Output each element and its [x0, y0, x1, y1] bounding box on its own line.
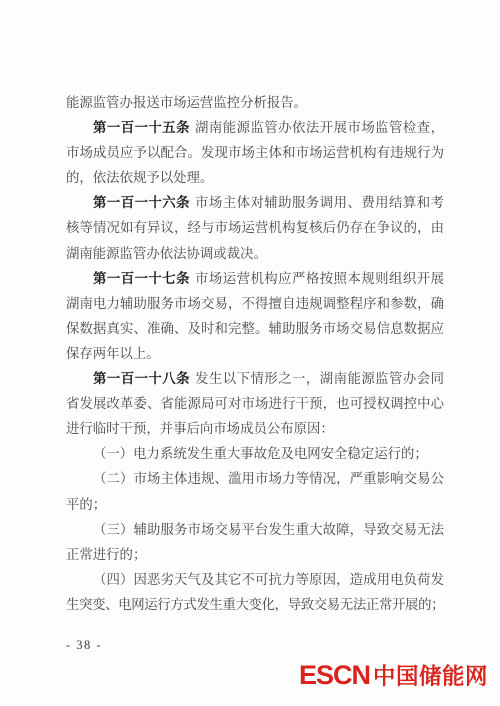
text-line: 第一百一十八条发生以下情形之一，湖南能源监管办会同 [66, 366, 444, 391]
line-text: 进行临时干预，并事后向市场成员公布原因： [66, 421, 334, 436]
line-text: 能源监管办报送市场运营监控分析报告。 [66, 95, 307, 110]
line-text: 市场成员应予以配合。发现市场主体和市场运营机构有违规行为 [66, 145, 444, 160]
line-text: 省发展改革委、省能源局可对市场进行干预，也可授权调控中心 [66, 396, 444, 411]
line-text: 正常进行的； [66, 547, 146, 562]
text-line: 市场成员应予以配合。发现市场主体和市场运营机构有违规行为 [66, 140, 444, 165]
line-text: 市场主体对辅助服务调用、费用结算和考 [195, 195, 444, 210]
line-text: 保数据真实、准确、及时和完整。辅助服务市场交易信息数据应 [66, 321, 444, 336]
text-line: 保数据真实、准确、及时和完整。辅助服务市场交易信息数据应 [66, 316, 444, 341]
page-number: - 38 - [66, 638, 102, 653]
text-line: 能源监管办报送市场运营监控分析报告。 [66, 90, 444, 115]
text-line: 第一百一十七条市场运营机构应严格按照本规则组织开展 [66, 266, 444, 291]
escn-logo: ESCN 中国储能网 [299, 659, 488, 691]
article-number: 第一百一十六条 [93, 195, 190, 210]
text-line: 省发展改革委、省能源局可对市场进行干预，也可授权调控中心 [66, 391, 444, 416]
text-line: 湖南电力辅助服务市场交易，不得擅自违规调整程序和参数，确 [66, 291, 444, 316]
line-text: （二）市场主体违规、滥用市场力等情况，严重影响交易公 [93, 471, 444, 486]
text-line: 第一百一十六条市场主体对辅助服务调用、费用结算和考 [66, 190, 444, 215]
line-text: 发生以下情形之一，湖南能源监管办会同 [195, 371, 444, 386]
text-line: 保存两年以上。 [66, 341, 444, 366]
line-text: （一）电力系统发生重大事故危及电网安全稳定运行的； [93, 446, 428, 461]
text-line: 生突变、电网运行方式发生重大变化，导致交易无法正常开展的； [66, 592, 444, 617]
line-text: 核等情况如有异议，经与市场运营机构复核后仍存在争议的，由 [66, 220, 444, 235]
line-text: （三）辅助服务市场交易平台发生重大故障，导致交易无法 [93, 522, 444, 537]
text-line: （四）因恶劣天气及其它不可抗力等原因，造成用电负荷发 [66, 567, 444, 592]
line-text: 生突变、电网运行方式发生重大变化，导致交易无法正常开展的； [66, 597, 444, 612]
text-line: （一）电力系统发生重大事故危及电网安全稳定运行的； [66, 441, 444, 466]
line-text: 市场运营机构应严格按照本规则组织开展 [195, 271, 444, 286]
text-line: （二）市场主体违规、滥用市场力等情况，严重影响交易公 [66, 466, 444, 491]
line-text: 湖南能源监管办依法开展市场监管检查， [195, 120, 444, 135]
line-text: 平的； [66, 497, 106, 512]
text-line: 平的； [66, 492, 444, 517]
article-number: 第一百一十八条 [93, 371, 190, 386]
text-line: 正常进行的； [66, 542, 444, 567]
text-line: 的，依法依规予以处理。 [66, 165, 444, 190]
text-line: 湖南能源监管办依法协调或裁决。 [66, 241, 444, 266]
line-text: （四）因恶劣天气及其它不可抗力等原因，造成用电负荷发 [93, 572, 444, 587]
escn-logo-cjk: 中国储能网 [373, 659, 488, 691]
text-line: 进行临时干预，并事后向市场成员公布原因： [66, 416, 444, 441]
escn-logo-latin: ESCN [299, 660, 370, 691]
text-line: 核等情况如有异议，经与市场运营机构复核后仍存在争议的，由 [66, 215, 444, 240]
line-text: 的，依法依规予以处理。 [66, 170, 213, 185]
line-text: 保存两年以上。 [66, 346, 160, 361]
article-number: 第一百一十五条 [93, 120, 190, 135]
line-text: 湖南能源监管办依法协调或裁决。 [66, 246, 267, 261]
document-text-block: 能源监管办报送市场运营监控分析报告。第一百一十五条湖南能源监管办依法开展市场监管… [66, 90, 444, 617]
text-line: （三）辅助服务市场交易平台发生重大故障，导致交易无法 [66, 517, 444, 542]
line-text: 湖南电力辅助服务市场交易，不得擅自违规调整程序和参数，确 [66, 296, 444, 311]
document-page: 能源监管办报送市场运营监控分析报告。第一百一十五条湖南能源监管办依法开展市场监管… [0, 0, 500, 706]
text-line: 第一百一十五条湖南能源监管办依法开展市场监管检查， [66, 115, 444, 140]
article-number: 第一百一十七条 [93, 271, 190, 286]
